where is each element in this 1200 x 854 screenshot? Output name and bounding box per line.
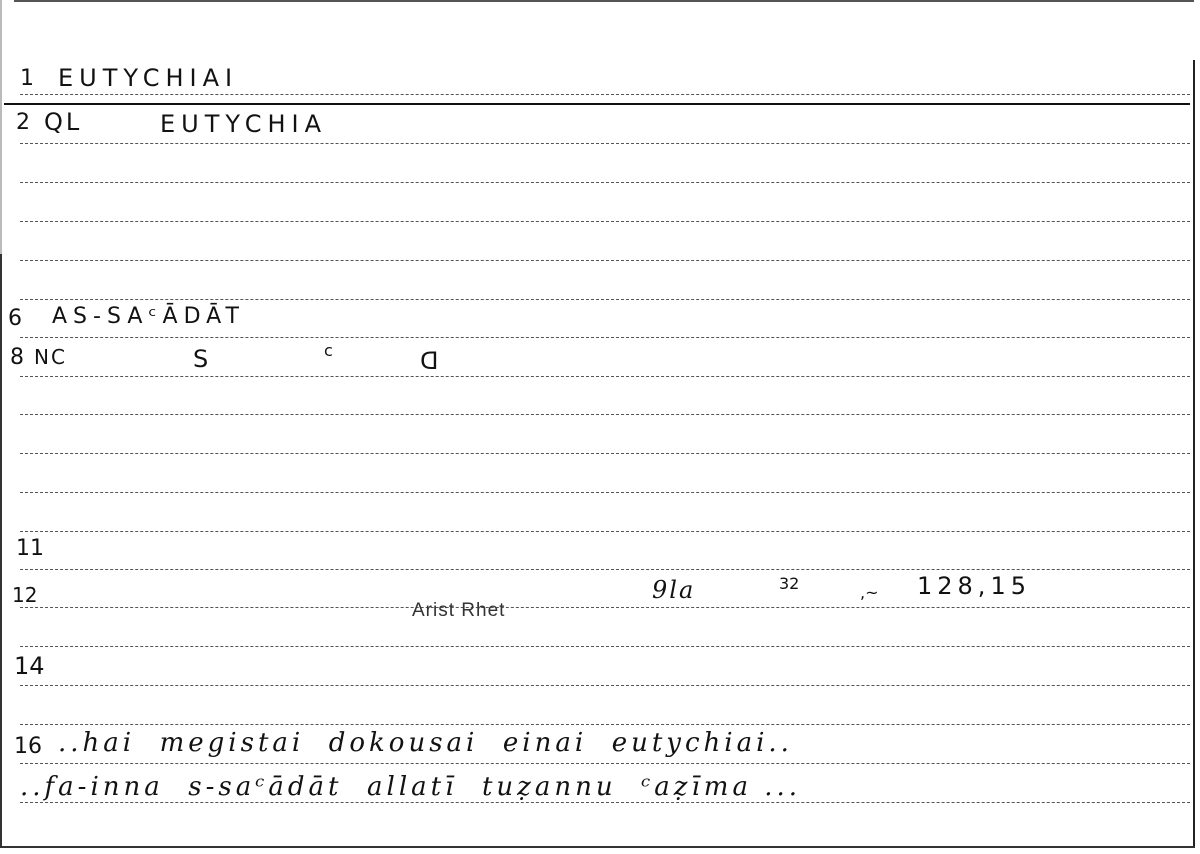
row-label-nc: NC (34, 347, 67, 367)
lemma-greek: EUTYCHIAI (58, 66, 238, 90)
greek-quotation: ..hai megistai dokousai einai eutychiai.… (58, 730, 793, 756)
lemma-greek-ql: EUTYCHIA (160, 112, 327, 136)
ruled-line (20, 724, 1190, 725)
line-number-2: 2 (16, 112, 30, 134)
ruled-line (20, 453, 1190, 454)
ruled-line (20, 414, 1190, 415)
ruled-line (20, 763, 1190, 764)
ruled-line (20, 802, 1190, 803)
reference-arabic-page-line: 128,15 (917, 574, 1031, 598)
ruled-line (20, 569, 1190, 570)
ruled-line (20, 607, 1190, 608)
card-border-top (14, 0, 1194, 2)
line-number-14: 14 (14, 654, 45, 678)
reference-separator: ,~ (860, 585, 879, 601)
line-number-1: 1 (20, 68, 34, 90)
row-label-ql: QL (44, 110, 82, 134)
line-number-6: 6 (8, 308, 22, 330)
ruled-line (20, 685, 1190, 686)
root-letter-1: S (193, 347, 214, 371)
ruled-line (20, 94, 1190, 95)
ruled-line (20, 143, 1190, 144)
ruled-line (20, 221, 1190, 222)
ruled-line (20, 337, 1190, 338)
reference-page: 9la (652, 578, 695, 602)
line-number-16: 16 (14, 736, 42, 758)
ruled-line (20, 299, 1190, 300)
ruled-line (20, 376, 1190, 377)
ruled-line (20, 492, 1190, 493)
line-number-8: 8 (10, 347, 24, 369)
ruled-line (20, 182, 1190, 183)
arabic-quotation-transliteration: ..fa-inna s-saᶜādāt allatī tuẓannu ᶜaẓīm… (20, 774, 801, 800)
reference-line: 32 (779, 576, 799, 592)
printed-source-abbreviation: Arist Rhet (412, 601, 505, 620)
ruled-line (20, 260, 1190, 261)
lemma-arabic-transliteration: AS-SAᶜĀDĀT (52, 306, 245, 328)
card-border-right (1193, 60, 1195, 848)
header-divider-line (4, 103, 1190, 105)
ruled-line (20, 646, 1190, 647)
card-border-bottom (0, 846, 1195, 848)
ruled-line (20, 531, 1190, 532)
card-border-left (0, 0, 2, 846)
root-letter-2: c (324, 343, 333, 359)
line-number-11: 11 (16, 538, 44, 560)
root-letter-3: D (414, 349, 438, 373)
index-card: 1 EUTYCHIAI 2 QL EUTYCHIA 6 AS-SAᶜĀDĀT 8… (0, 0, 1200, 854)
line-number-12: 12 (12, 585, 37, 605)
